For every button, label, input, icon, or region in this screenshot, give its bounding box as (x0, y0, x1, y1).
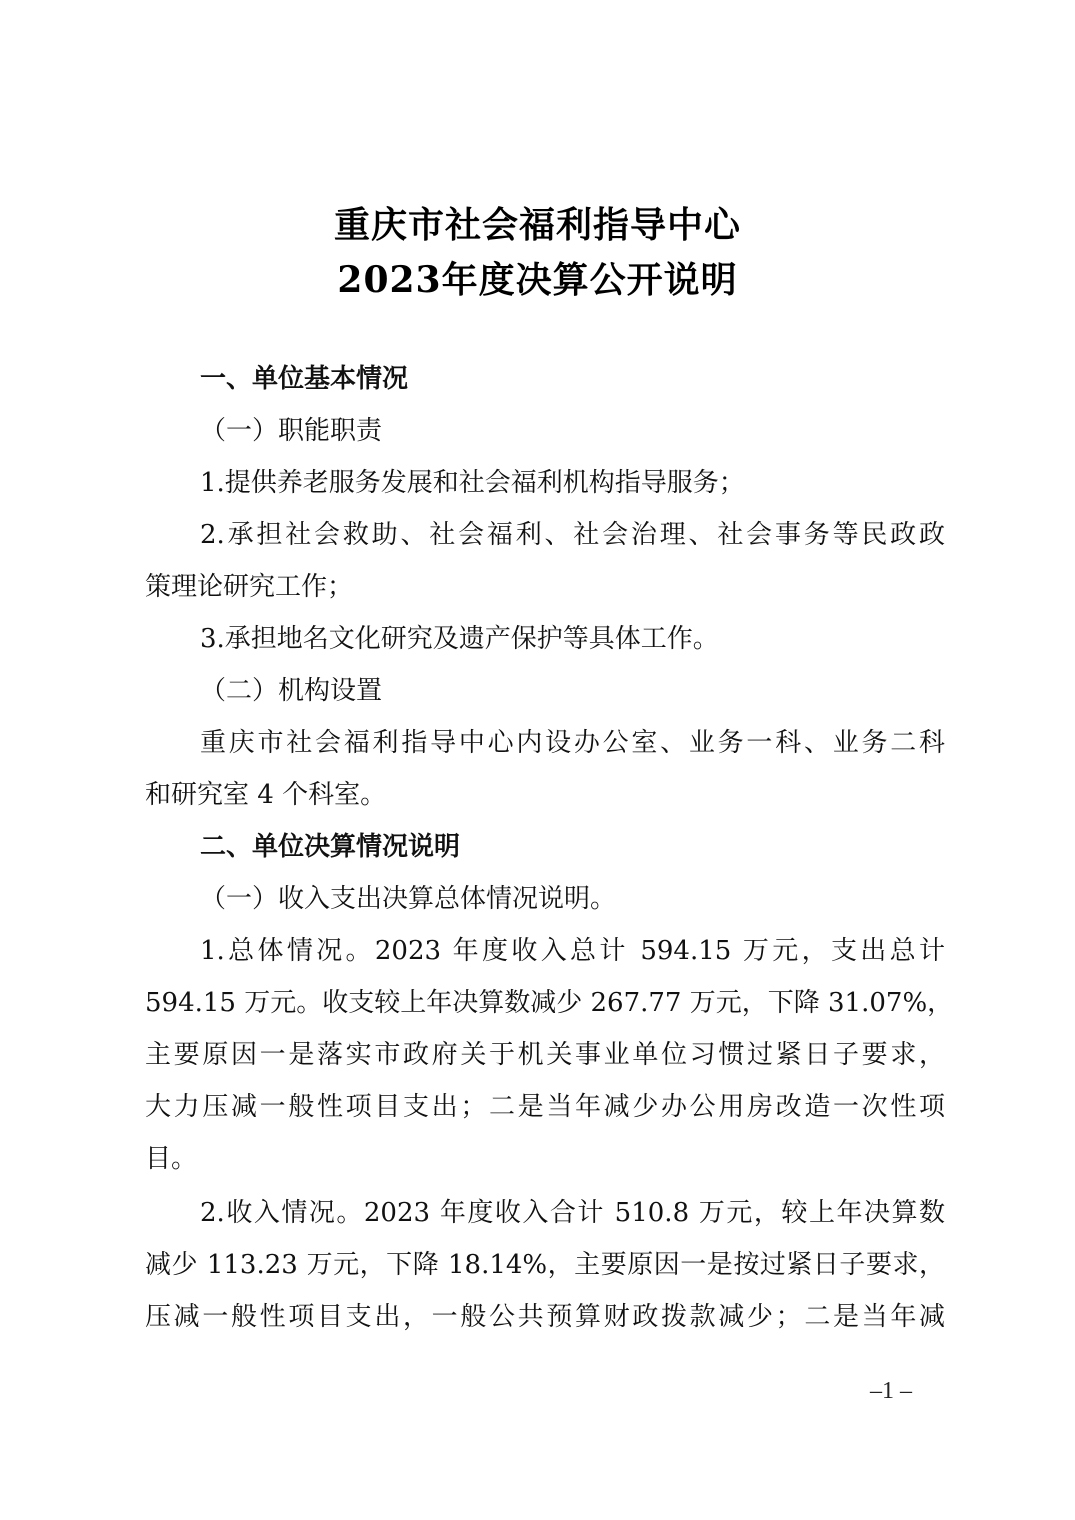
paragraph-line: 目。 (145, 1146, 945, 1172)
page-number: –1 – (870, 1378, 912, 1405)
paragraph-line: 和研究室 4 个科室。 (145, 782, 945, 808)
paragraph-line: 压减一般性项目支出，一般公共预算财政拨款减少；二是当年减 (145, 1304, 945, 1330)
paragraph-line: 策理论研究工作； (145, 574, 945, 600)
paragraph-line: 1.总体情况。2023 年度收入总计 594.15 万元，支出总计 (200, 938, 945, 964)
paragraph-line: 减少 113.23 万元，下降 18.14%，主要原因一是按过紧日子要求， (145, 1252, 945, 1278)
paragraph-line: 2.承担社会救助、社会福利、社会治理、社会事务等民政政 (200, 522, 945, 548)
subsection-heading-functions: （一）职能职责 (200, 418, 945, 444)
document-page: 重庆市社会福利指导中心 2023年度决算公开说明 一、单位基本情况 （一）职能职… (0, 0, 1075, 1520)
paragraph-line: 大力压减一般性项目支出；二是当年减少办公用房改造一次性项 (145, 1094, 945, 1120)
paragraph-line: 3.承担地名文化研究及遗产保护等具体工作。 (200, 626, 945, 652)
subsection-heading-overall: （一）收入支出决算总体情况说明。 (200, 886, 945, 912)
paragraph-line: 2.收入情况。2023 年度收入合计 510.8 万元，较上年决算数 (200, 1200, 945, 1226)
paragraph-line: 主要原因一是落实市政府关于机关事业单位习惯过紧日子要求， (145, 1042, 945, 1068)
paragraph-line: 1.提供养老服务发展和社会福利机构指导服务； (200, 470, 945, 496)
paragraph-line: 重庆市社会福利指导中心内设办公室、业务一科、业务二科 (200, 730, 945, 756)
paragraph-line: 594.15 万元。收支较上年决算数减少 267.77 万元，下降 31.07%… (145, 990, 945, 1016)
section-heading-2: 二、单位决算情况说明 (200, 834, 945, 860)
subsection-heading-organization: （二）机构设置 (200, 678, 945, 704)
section-heading-1: 一、单位基本情况 (200, 366, 945, 392)
document-title-line2: 2023年度决算公开说明 (0, 252, 1075, 303)
document-title-line1: 重庆市社会福利指导中心 (0, 197, 1075, 248)
